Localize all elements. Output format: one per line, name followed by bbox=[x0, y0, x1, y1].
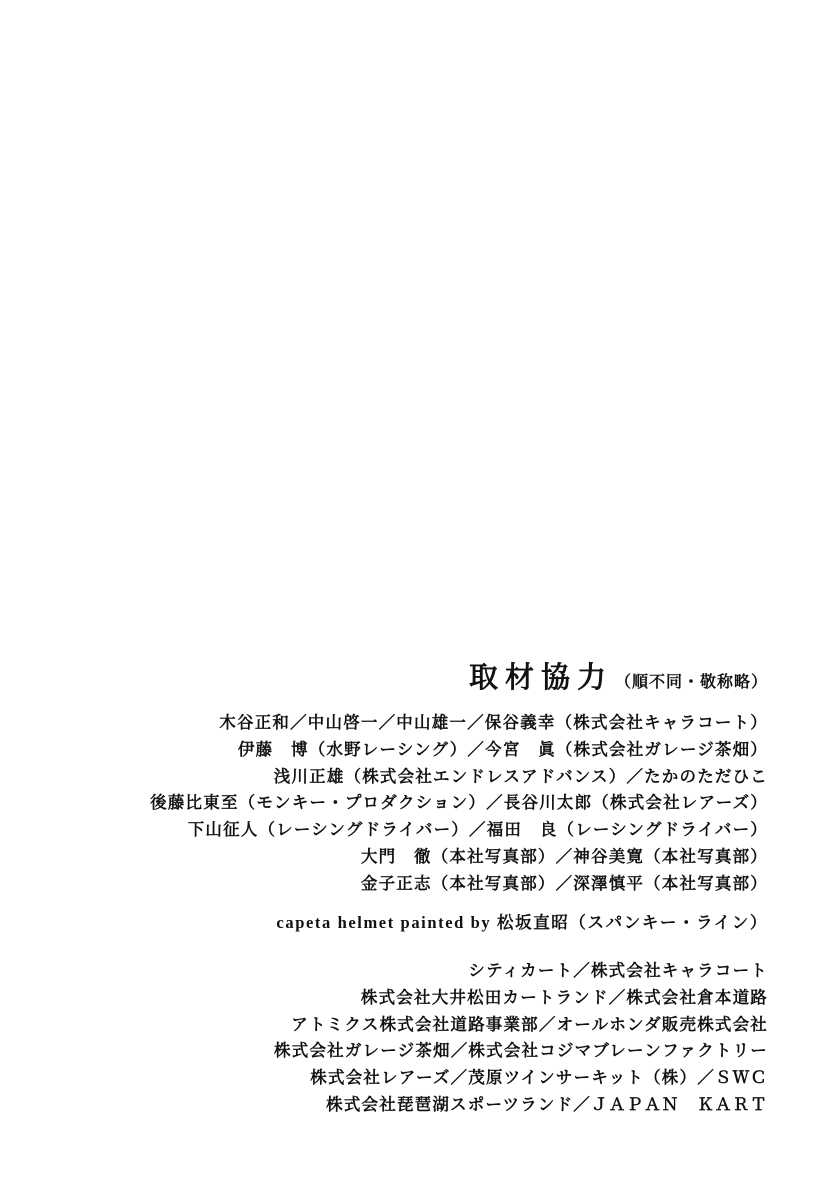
credit-line: 木谷正和／中山啓一／中山雄一／保谷義幸（株式会社キャラコート） bbox=[60, 710, 768, 737]
credit-line: capeta helmet painted by 松坂直昭（スパンキー・ライン） bbox=[60, 910, 768, 937]
credit-line: シティカート／株式会社キャラコート bbox=[60, 958, 768, 985]
credit-line: 浅川正雄（株式会社エンドレスアドバンス）／たかのただひこ bbox=[60, 764, 768, 791]
credits-page: 取材協力（順不同・敬称略） 木谷正和／中山啓一／中山雄一／保谷義幸（株式会社キャ… bbox=[0, 0, 831, 1200]
helmet-credit-line: capeta helmet painted by 松坂直昭（スパンキー・ライン） bbox=[60, 910, 768, 937]
section-title: 取材協力 bbox=[469, 662, 613, 694]
section-title-note: （順不同・敬称略） bbox=[615, 674, 768, 691]
credit-line: 大門 徹（本社写真部）／神谷美寛（本社写真部） bbox=[60, 844, 768, 871]
credit-line: 下山征人（レーシングドライバー）／福田 良（レーシングドライバー） bbox=[60, 817, 768, 844]
credit-line: 株式会社大井松田カートランド／株式会社倉本道路 bbox=[60, 985, 768, 1012]
credit-line: 金子正志（本社写真部）／深澤慎平（本社写真部） bbox=[60, 871, 768, 898]
section-title-line: 取材協力（順不同・敬称略） bbox=[60, 655, 768, 696]
credit-line: 株式会社ガレージ茶畑／株式会社コジマブレーンファクトリー bbox=[60, 1038, 768, 1065]
credit-line: アトミクス株式会社道路事業部／オールホンダ販売株式会社 bbox=[60, 1012, 768, 1039]
credit-line: 伊藤 博（水野レーシング）／今宮 眞（株式会社ガレージ茶畑） bbox=[60, 737, 768, 764]
company-credits-list: シティカート／株式会社キャラコート 株式会社大井松田カートランド／株式会社倉本道… bbox=[60, 958, 768, 1119]
credit-line: 株式会社レアーズ／茂原ツインサーキット（株）／ＳＷＣ bbox=[60, 1065, 768, 1092]
credit-line: 株式会社琵琶湖スポーツランド／ＪＡＰＡＮ ＫＡＲＴ bbox=[60, 1092, 768, 1119]
individual-credits-list: 木谷正和／中山啓一／中山雄一／保谷義幸（株式会社キャラコート） 伊藤 博（水野レ… bbox=[60, 710, 768, 898]
credit-line: 後藤比東至（モンキー・プロダクション）／長谷川太郎（株式会社レアーズ） bbox=[60, 790, 768, 817]
